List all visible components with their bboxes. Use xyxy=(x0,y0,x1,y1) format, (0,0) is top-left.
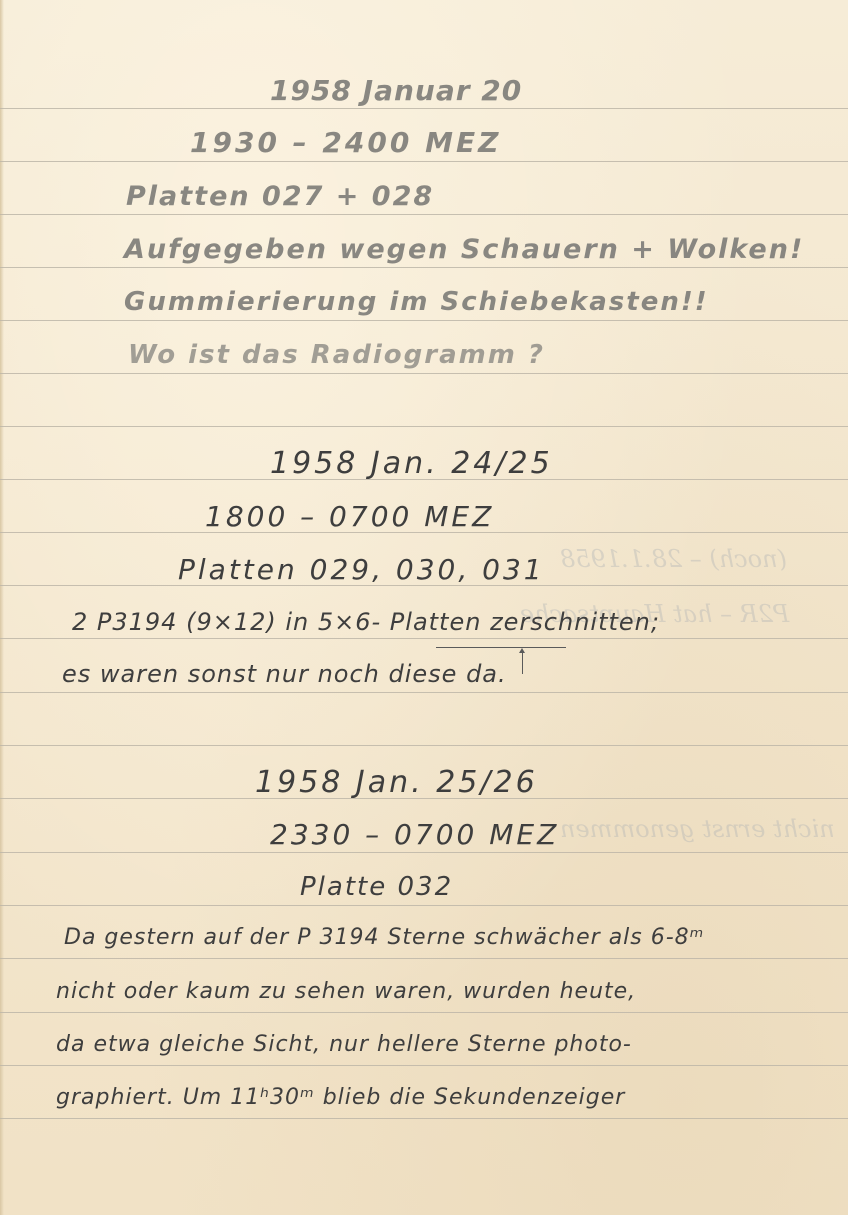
entry-note: Aufgegeben wegen Schauern + Wolken! xyxy=(124,234,804,265)
entry-date: 1958 Januar 20 xyxy=(270,74,522,107)
entry-note: 2 P3194 (9×12) in 5×6- Platten zerschnit… xyxy=(72,608,660,636)
ruled-line xyxy=(0,161,848,162)
notebook-page: P2R – hat Hauptsache (noch) – 28.1.1958 … xyxy=(0,0,848,1215)
ruled-line xyxy=(0,1118,848,1119)
page-binding-edge xyxy=(0,0,4,1215)
ruled-line xyxy=(0,320,848,321)
entry-date: 1958 Jan. 25/26 xyxy=(255,765,538,800)
ruled-line xyxy=(0,1065,848,1066)
entry-note: es waren sonst nur noch diese da. xyxy=(62,660,507,688)
ruled-line xyxy=(0,638,848,639)
ruled-line xyxy=(0,852,848,853)
ruled-line xyxy=(0,214,848,215)
ruled-line xyxy=(0,1012,848,1013)
entry-plates: Platten 027 + 028 xyxy=(126,181,434,212)
ruled-line xyxy=(0,745,848,746)
bleed-through-text: (noch) – 28.1.1958 xyxy=(560,545,787,573)
insertion-arrow-icon xyxy=(522,652,523,674)
ruled-line xyxy=(0,692,848,693)
entry-date: 1958 Jan. 24/25 xyxy=(270,446,553,481)
entry-time: 2330 – 0700 MEZ xyxy=(270,818,559,851)
bleed-through-text: nicht ernst genommen xyxy=(560,815,835,843)
ruled-line xyxy=(0,905,848,906)
underline-mark xyxy=(436,647,566,648)
entry-plates: Platten 029, 030, 031 xyxy=(178,553,545,586)
entry-paragraph-line: graphiert. Um 11ʰ30ᵐ blieb die Sekundenz… xyxy=(56,1085,625,1110)
entry-paragraph-line: Da gestern auf der P 3194 Sterne schwäch… xyxy=(64,925,704,950)
entry-note: Gummierierung im Schiebekasten!! xyxy=(124,287,709,317)
entry-paragraph-line: da etwa gleiche Sicht, nur hellere Stern… xyxy=(56,1032,632,1057)
entry-time: 1800 – 0700 MEZ xyxy=(205,500,494,533)
ruled-line xyxy=(0,108,848,109)
ruled-line xyxy=(0,426,848,427)
ruled-line xyxy=(0,267,848,268)
ruled-line xyxy=(0,373,848,374)
entry-plates: Platte 032 xyxy=(300,872,453,902)
ruled-line xyxy=(0,958,848,959)
entry-note: Wo ist das Radiogramm ? xyxy=(128,340,545,370)
entry-time: 1930 – 2400 MEZ xyxy=(190,126,501,159)
entry-paragraph-line: nicht oder kaum zu sehen waren, wurden h… xyxy=(56,979,636,1004)
